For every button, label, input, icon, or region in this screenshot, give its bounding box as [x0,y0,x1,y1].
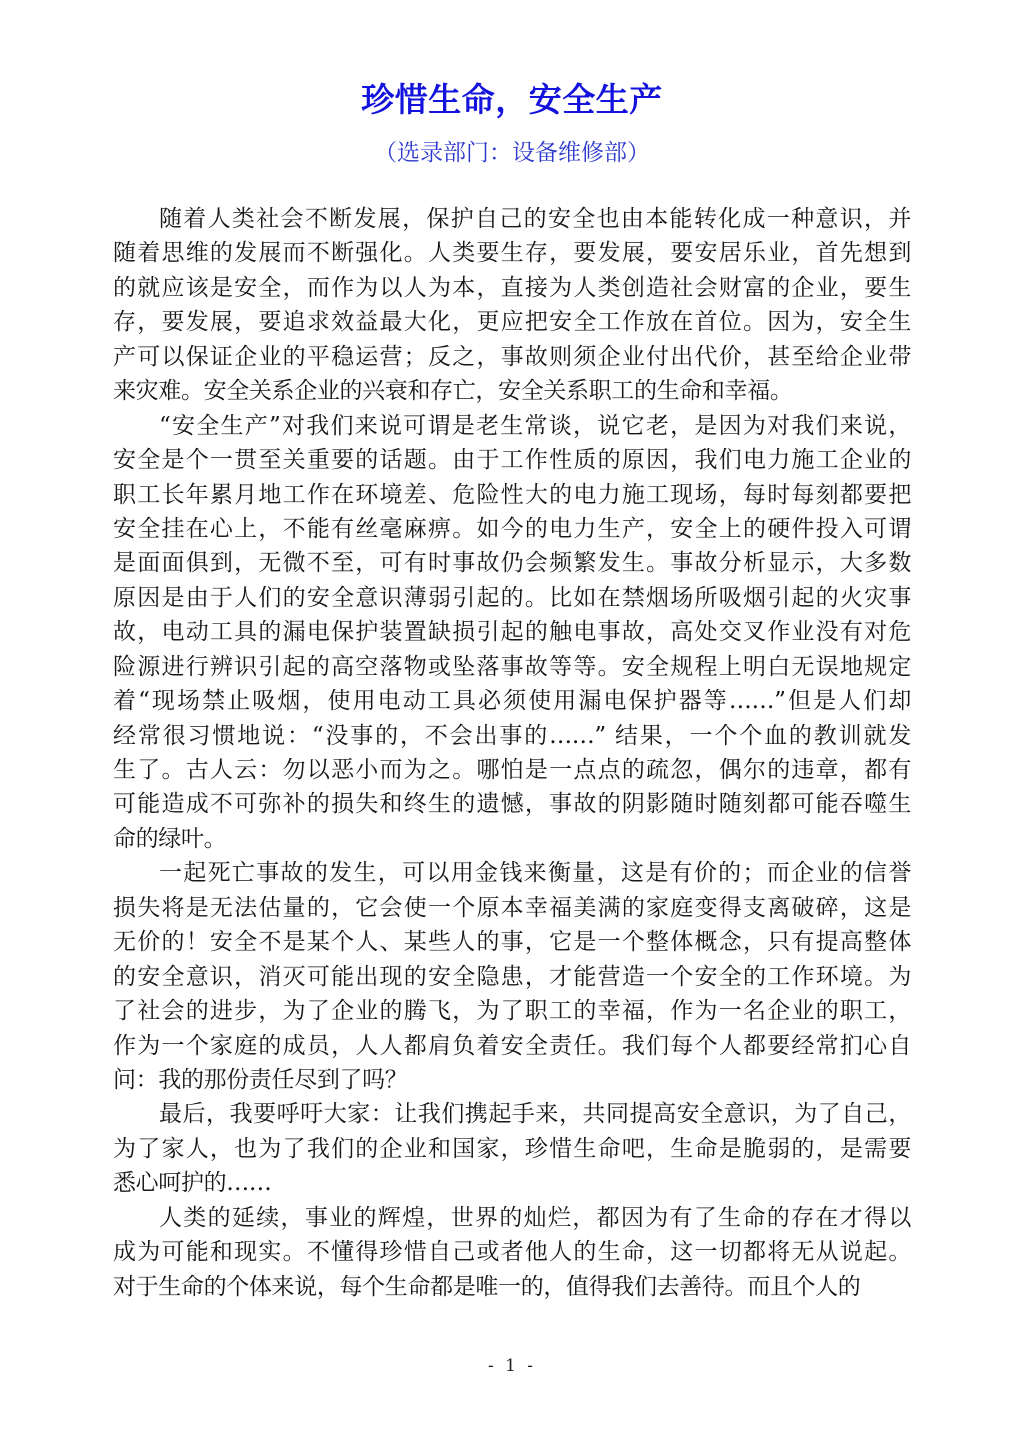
text-line: 了社会的进步，为了企业的腾飞，为了职工的幸福，作为一名企业的职工， [113,994,911,1028]
paragraph: “安全生产”对我们来说可谓是老生常谈，说它老，是因为对我们来说，安全是个一贯至关… [113,409,911,857]
text-line: 一起死亡事故的发生，可以用金钱来衡量，这是有价的；而企业的信誉 [113,856,911,890]
paragraph: 一起死亡事故的发生，可以用金钱来衡量，这是有价的；而企业的信誉损失将是无法估量的… [113,856,911,1097]
text-line: 生了。古人云：勿以恶小而为之。哪怕是一点点的疏忽，偶尔的违章，都有 [113,753,911,787]
text-line: 着“现场禁止吸烟，使用电动工具必须使用漏电保护器等……”但是人们却 [113,684,911,718]
text-line: 对于生命的个体来说，每个生命都是唯一的，值得我们去善待。而且个人的 [113,1270,911,1304]
text-line: 职工长年累月地工作在环境差、危险性大的电力施工现场，每时每刻都要把 [113,478,911,512]
text-line: 作为一个家庭的成员，人人都肩负着安全责任。我们每个人都要经常扪心自 [113,1029,911,1063]
text-line: 随着思维的发展而不断强化。人类要生存，要发展，要安居乐业，首先想到 [113,236,911,270]
text-line: 安全是个一贯至关重要的话题。由于工作性质的原因，我们电力施工企业的 [113,443,911,477]
text-line: 原因是由于人们的安全意识薄弱引起的。比如在禁烟场所吸烟引起的火灾事 [113,581,911,615]
document-body: 随着人类社会不断发展，保护自己的安全也由本能转化成一种意识，并随着思维的发展而不… [113,202,911,1304]
text-line: 随着人类社会不断发展，保护自己的安全也由本能转化成一种意识，并 [113,202,911,236]
page-title: 珍惜生命，安全生产 [0,80,1024,120]
document-page: 珍惜生命，安全生产 （选录部门：设备维修部） 随着人类社会不断发展，保护自己的安… [0,0,1024,1447]
text-line: 命的绿叶。 [113,822,911,856]
paragraph: 最后，我要呼吁大家：让我们携起手来，共同提高安全意识，为了自己，为了家人，也为了… [113,1097,911,1200]
text-line: 是面面俱到，无微不至，可有时事故仍会频繁发生。事故分析显示，大多数 [113,546,911,580]
text-line: “安全生产”对我们来说可谓是老生常谈，说它老，是因为对我们来说， [113,409,911,443]
text-line: 成为可能和现实。不懂得珍惜自己或者他人的生命，这一切都将无从说起。 [113,1235,911,1269]
paragraph: 人类的延续，事业的辉煌，世界的灿烂，都因为有了生命的存在才得以成为可能和现实。不… [113,1201,911,1304]
page-number: - 1 - [0,1354,1024,1378]
text-line: 存，要发展，要追求效益最大化，更应把安全工作放在首位。因为，安全生 [113,305,911,339]
text-line: 的就应该是安全，而作为以人为本，直接为人类创造社会财富的企业，要生 [113,271,911,305]
text-line: 经常很习惯地说：“没事的，不会出事的……” 结果，一个个血的教训就发 [113,719,911,753]
page-subtitle: （选录部门：设备维修部） [0,138,1024,168]
text-line: 安全挂在心上，不能有丝毫麻痹。如今的电力生产，安全上的硬件投入可谓 [113,512,911,546]
text-line: 险源进行辨识引起的高空落物或坠落事故等等。安全规程上明白无误地规定 [113,650,911,684]
text-line: 最后，我要呼吁大家：让我们携起手来，共同提高安全意识，为了自己， [113,1097,911,1131]
text-line: 悉心呵护的…… [113,1166,911,1200]
text-line: 为了家人，也为了我们的企业和国家，珍惜生命吧，生命是脆弱的，是需要 [113,1132,911,1166]
text-line: 来灾难。安全关系企业的兴衰和存亡，安全关系职工的生命和幸福。 [113,374,911,408]
text-line: 产可以保证企业的平稳运营；反之，事故则须企业付出代价，甚至给企业带 [113,340,911,374]
paragraph: 随着人类社会不断发展，保护自己的安全也由本能转化成一种意识，并随着思维的发展而不… [113,202,911,409]
text-line: 可能造成不可弥补的损失和终生的遗憾，事故的阴影随时随刻都可能吞噬生 [113,787,911,821]
text-line: 损失将是无法估量的，它会使一个原本幸福美满的家庭变得支离破碎，这是 [113,891,911,925]
text-line: 人类的延续，事业的辉煌，世界的灿烂，都因为有了生命的存在才得以 [113,1201,911,1235]
text-line: 无价的！安全不是某个人、某些人的事，它是一个整体概念，只有提高整体 [113,925,911,959]
text-line: 的安全意识，消灭可能出现的安全隐患，才能营造一个安全的工作环境。为 [113,960,911,994]
text-line: 问：我的那份责任尽到了吗？ [113,1063,911,1097]
text-line: 故，电动工具的漏电保护装置缺损引起的触电事故，高处交叉作业没有对危 [113,615,911,649]
